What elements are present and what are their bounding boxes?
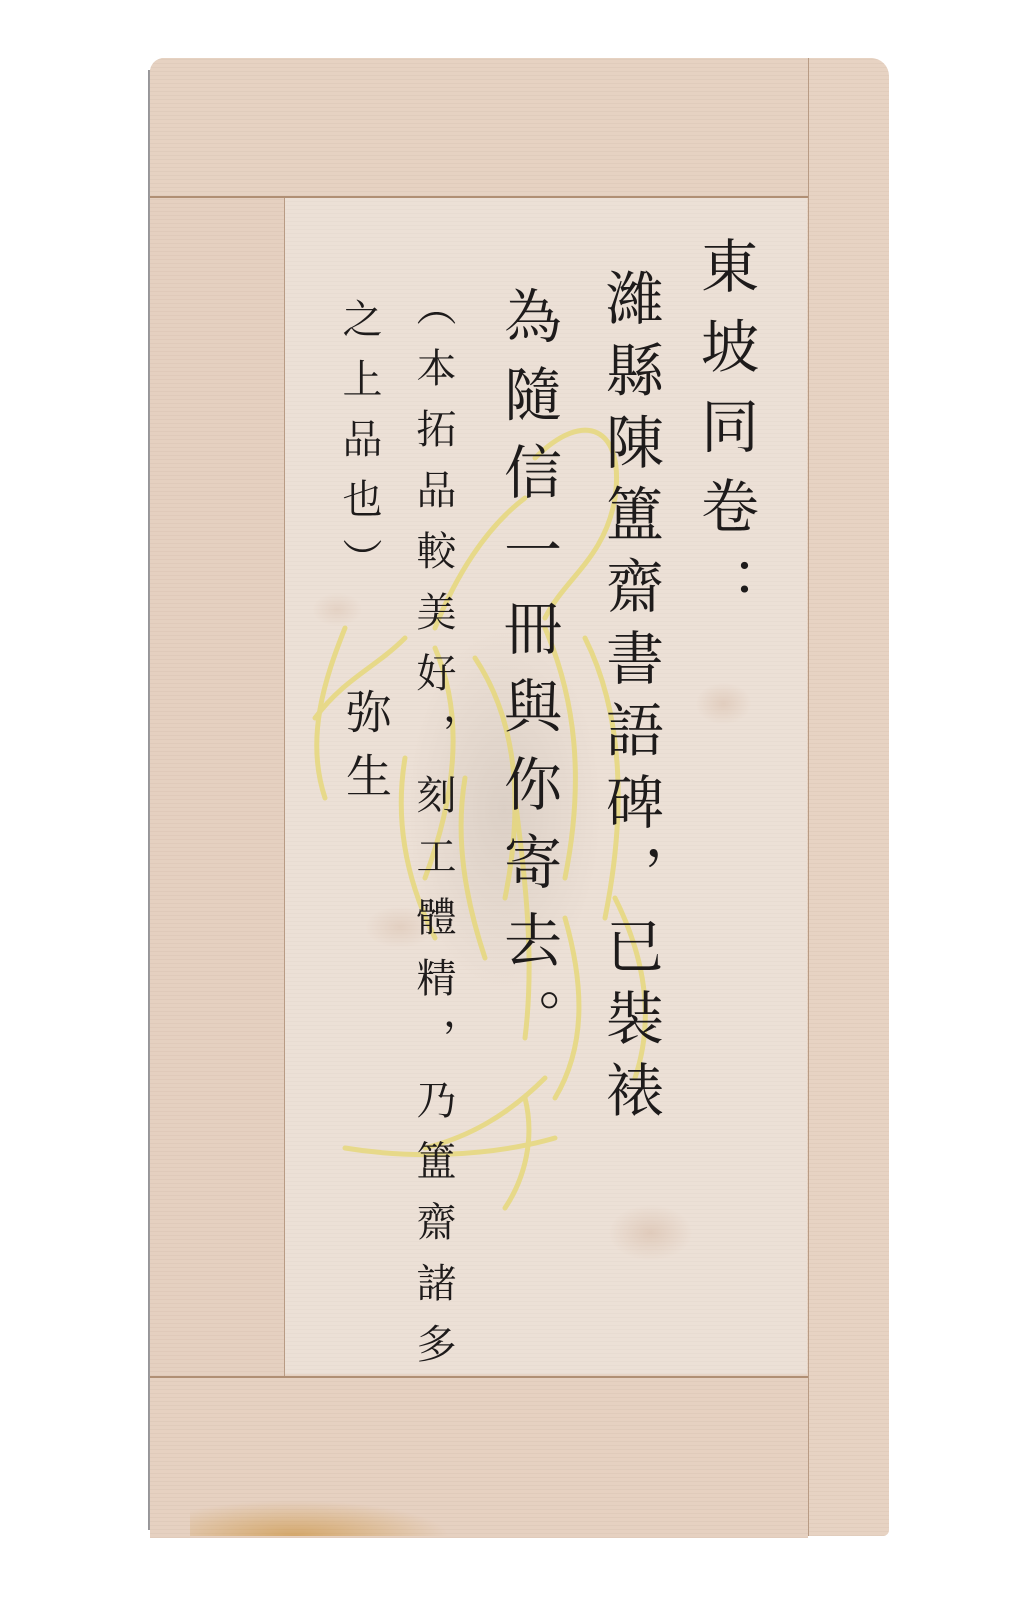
mount-border-top bbox=[150, 58, 809, 198]
mount-border-left bbox=[150, 198, 285, 1376]
bottom-edge-stain bbox=[190, 1500, 450, 1536]
inscription-column-2: 濰縣陳簠齋書語碑，已裝裱 bbox=[595, 268, 665, 1132]
inscription-column-5: 之上品也） bbox=[335, 298, 383, 598]
signature: 弥生 bbox=[333, 688, 399, 816]
inscription-column-3: 為隨信一冊與你寄去。 bbox=[493, 286, 563, 1066]
inscription-column-4: （本拓品較美好，刻工體精，乃簠齋諸多拓中 bbox=[409, 286, 457, 1374]
mount-border-right bbox=[808, 58, 889, 1536]
inscription-column-1: 東坡同卷： bbox=[690, 236, 760, 636]
calligraphy-panel: 東坡同卷： 濰縣陳簠齋書語碑，已裝裱 為隨信一冊與你寄去。 （本拓品較美好，刻工… bbox=[285, 198, 807, 1374]
